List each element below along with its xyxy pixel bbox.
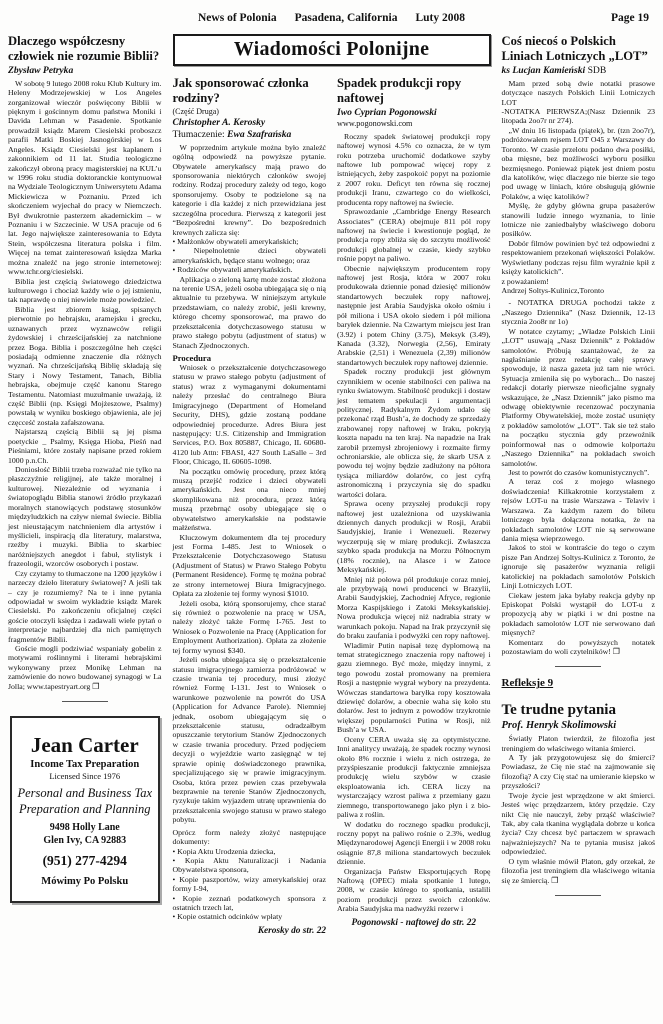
author-name: ks Lucjan Kamieński — [502, 65, 586, 76]
publication-location: Pasadena, California — [295, 12, 398, 24]
bullet-item: • Niepełnoletnie dzieci obywateli ameryk… — [173, 246, 327, 265]
bullet-item: • Kopia Aktu Urodzenia dziecka, — [173, 847, 327, 856]
refleksje-kicker: Refleksje 9 — [502, 677, 656, 689]
paragraph: Jeżeli osoba, którą sponsorujemy, chce s… — [173, 599, 327, 656]
divider — [555, 895, 601, 896]
paragraph: Kluczowym dokumentem dla tej procedury j… — [173, 533, 327, 599]
jean-carter-ad: Jean Carter Income Tax Preparation Licen… — [10, 716, 160, 903]
article-pogonowski-title: Spadek produkcji ropy naftowej — [337, 76, 491, 106]
paragraph: Na początku omówię procedurę, przez któr… — [173, 467, 327, 533]
article-biblia-title: Dlaczego współczesny człowiek nie rozumi… — [8, 34, 162, 64]
paragraph: Biblia jest zbiorem ksiąg, spisanych pie… — [8, 305, 162, 427]
paragraph: „W dniu 16 listopada (piątek), br. (tzn … — [502, 126, 656, 201]
ad-address-line1: 9498 Holly Lane — [16, 822, 154, 835]
paragraph: - NOTATKA DRUGA pochodzi także z „Naszeg… — [502, 298, 656, 326]
article-lot-body: Mam przed sobą dwie notatki prasowe doty… — [502, 79, 656, 657]
paragraph: Sprawa oceny przyszłej produkcji ropy na… — [337, 499, 491, 574]
ad-address-line2: Glen Ivy, CA 92883 — [16, 835, 154, 848]
bullet-item: • Małżonków obywateli amerykańskich; — [173, 237, 327, 246]
paragraph: Jest to powrót do czasów komunistycznych… — [502, 468, 656, 477]
ad-business-name: Jean Carter — [16, 734, 154, 756]
paragraph: Jakoś to stoi w kontraście do tego o czy… — [502, 543, 656, 590]
paragraph: W dodatku do rocznego spadku produkcji, … — [337, 820, 491, 867]
ad-description: Personal and Business Tax Preparation an… — [16, 786, 154, 817]
paragraph: O tym właśnie mówił Platon, gdy orzekał,… — [502, 857, 656, 885]
article-kerosky-translator: Tłumaczenie: Ewa Szafrańska — [173, 129, 327, 140]
publication-date: Luty 2008 — [415, 12, 465, 24]
paragraph: Sprawozdanie „Cambridge Energy Research … — [337, 207, 491, 264]
bullet-item: • Kopie paszportów, wizy amerykańskiej o… — [173, 875, 327, 894]
page-number: Page 19 — [611, 12, 649, 24]
paragraph: Ciekaw jestem jaka byłaby reakcja gdyby … — [502, 591, 656, 638]
paragraph: Organizacja Państw Eksportujących Ropę N… — [337, 867, 491, 914]
paragraph: Czy czytamy to tłumaczone na 1200 językó… — [8, 569, 162, 644]
ad-service: Income Tax Preparation — [16, 759, 154, 770]
paragraph: Doniosłość Biblii trzeba rozważać nie ty… — [8, 465, 162, 569]
masthead: News of PoloniaPasadena, CaliforniaLuty … — [8, 12, 655, 24]
paragraph: Twoje życie jest wprzędzone w akt śmierc… — [502, 791, 656, 857]
translator-name: Ewa Szafrańska — [227, 129, 291, 140]
continuation-note: Kerosky do str. 22 — [173, 926, 327, 936]
paragraph: Światły Platon twierdził, że filozofia j… — [502, 734, 656, 753]
paragraph: Spadek roczny produkcji jest głównym czy… — [337, 367, 491, 499]
ad-tagline: Mówimy Po Polsku — [16, 876, 154, 887]
article-pogonowski-author: Iwo Cyprian Pogonowski — [337, 107, 491, 118]
paragraph: Oceny CERA uważa się za optymistyczne. I… — [337, 735, 491, 820]
bullet-item: • Kopie ostatnich odcinków wpłaty — [173, 912, 327, 921]
article-pogonowski-body: Roczny spadek światowej produkcji ropy n… — [337, 132, 491, 914]
continuation-note: Pogonowski - naftowej do str. 22 — [337, 918, 491, 928]
article-kerosky-author: Christopher A. Kerosky — [173, 117, 327, 128]
article-lot-author: ks Lucjan Kamieński SDB — [502, 65, 656, 76]
paragraph: Roczny spadek światowej produkcji ropy n… — [337, 132, 491, 207]
paragraph: Najstarszą częścią Biblii są jej pisma p… — [8, 427, 162, 465]
divider — [555, 666, 601, 667]
paragraph: -NOTATKA PIERWSZA;(Nasz Dziennik 23 lito… — [502, 107, 656, 126]
article-biblia-body: W sobotę 9 lutego 2008 roku Klub Kultury… — [8, 79, 162, 691]
ad-phone: (951) 277-4294 — [16, 853, 154, 869]
paragraph: Myślę, że gdyby główna grupa pasażerów s… — [502, 201, 656, 239]
paragraph: z poważaniem! — [502, 277, 656, 286]
column-2: Jak sponsorować członka rodziny? (Część … — [173, 74, 327, 936]
paragraph: Biblia jest częścią światowego dziedzict… — [8, 277, 162, 305]
bullet-item: • Rodziców obywateli amerykańskich. — [173, 265, 327, 274]
section-title: Wiadomości Polonijne — [234, 38, 429, 60]
bullet-item: • Kopie zeznań podatkowych sponsora z os… — [173, 894, 327, 913]
article-pogonowski-website: www.pogonowski.com — [337, 119, 491, 128]
paragraph: Komentarz do powyższych notatek pozostaw… — [502, 638, 656, 657]
column-1: Dlaczego współczesny człowiek nie rozumi… — [8, 32, 162, 936]
divider — [62, 701, 108, 702]
article-kerosky-body: W poprzednim artykule można było znaleźć… — [173, 143, 327, 922]
paragraph: A Ty jak przygotowujesz się do śmierci? … — [502, 753, 656, 791]
paragraph: Andrzej Soltys-Kulinicz,Toronto — [502, 286, 656, 295]
publication-name: News of Polonia — [198, 12, 277, 24]
paragraph: Dobór filmów powinien być też odpowiedni… — [502, 239, 656, 277]
paragraph: Wniosek o przekształcenie dotychczasoweg… — [173, 363, 327, 467]
article-lot-title: Coś niecoś o Polskich Liniach Lotniczych… — [502, 34, 656, 64]
author-suffix: SDB — [585, 65, 606, 76]
article-refleksje-body: Światły Platon twierdził, że filozofia j… — [502, 734, 656, 885]
column-4: Coś niecoś o Polskich Liniach Lotniczych… — [502, 32, 656, 936]
article-refleksje-author: Prof. Henryk Skolimowski — [502, 720, 656, 731]
article-biblia-author: Zbysław Petryka — [8, 65, 162, 76]
section-title-box: Wiadomości Polonijne — [173, 34, 491, 66]
column-3: Spadek produkcji ropy naftowej Iwo Cypri… — [337, 74, 491, 936]
article-kerosky-title: Jak sponsorować członka rodziny? — [173, 76, 327, 106]
paragraph: Oprócz form należy złożyć następujące do… — [173, 828, 327, 847]
translator-label: Tłumaczenie: — [173, 129, 228, 140]
paragraph: W notatce czytamy; „Władze Polskich Lini… — [502, 327, 656, 468]
article-kerosky-subtitle: (Część Druga) — [173, 107, 327, 116]
paragraph: Mniej niż połowa pól produkuje coraz mni… — [337, 575, 491, 641]
ad-licensed: Licensed Since 1976 — [16, 771, 154, 781]
article-refleksje-title: Te trudne pytania — [502, 703, 656, 719]
paragraph: W poprzednim artykule można było znaleźć… — [173, 143, 327, 237]
ad-address: 9498 Holly Lane Glen Ivy, CA 92883 — [16, 822, 154, 847]
columns-grid: Wiadomości Polonijne Dlaczego współczesn… — [8, 32, 655, 936]
paragraph: A teraz coś z mojego własnego doświadcze… — [502, 477, 656, 543]
page-header: News of PoloniaPasadena, CaliforniaLuty … — [8, 12, 655, 30]
bullet-item: • Kopia Aktu Naturalizacji i Nadania Oby… — [173, 856, 327, 875]
subheading-procedura: Procedura — [173, 353, 327, 363]
paragraph: Obecnie największym producentem ropy naf… — [337, 264, 491, 368]
paragraph: Goście mogli podziwiać wspaniały gobelin… — [8, 644, 162, 691]
paragraph: Aplikacja o zieloną kartę może zostać zł… — [173, 275, 327, 350]
newspaper-page: News of PoloniaPasadena, CaliforniaLuty … — [0, 0, 663, 1024]
paragraph: Mam przed sobą dwie notatki prasowe doty… — [502, 79, 656, 107]
paragraph: Wladimir Putin napisał tezę dyplomową na… — [337, 641, 491, 735]
paragraph: Jeżeli osoba ubiegająca się o przekształ… — [173, 655, 327, 825]
paragraph: W sobotę 9 lutego 2008 roku Klub Kultury… — [8, 79, 162, 277]
